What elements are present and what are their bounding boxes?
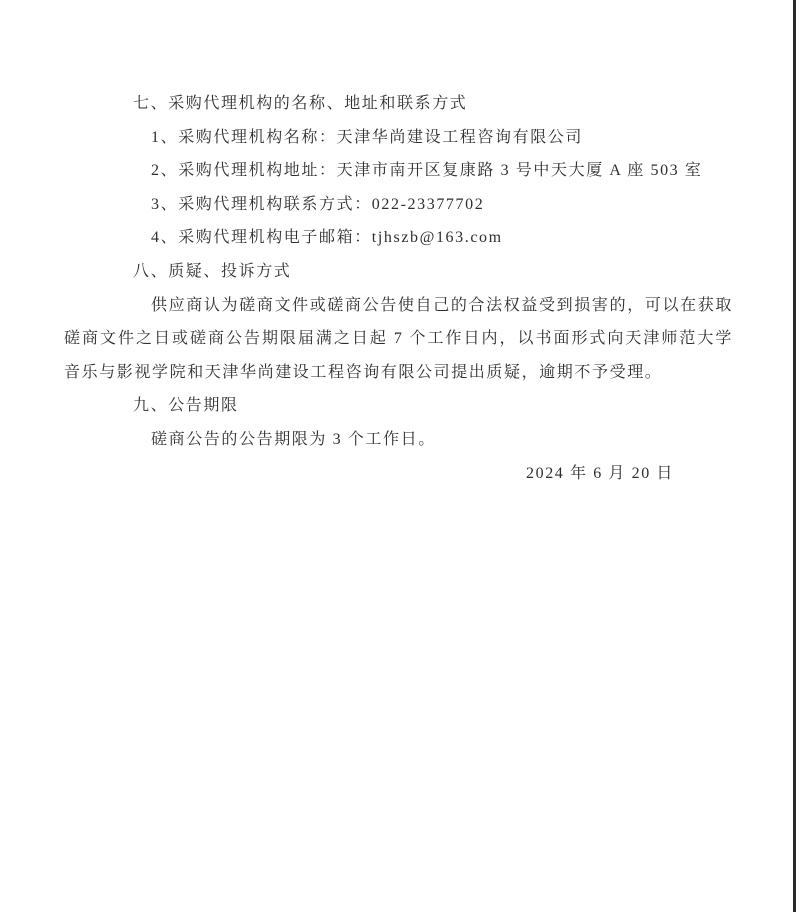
document-page: 七、采购代理机构的名称、地址和联系方式 1、采购代理机构名称：天津华尚建设工程咨… xyxy=(0,0,796,912)
agency-name-item: 1、采购代理机构名称：天津华尚建设工程咨询有限公司 xyxy=(64,121,733,155)
section-9-heading: 九、公告期限 xyxy=(64,389,733,423)
complaint-procedure-paragraph: 供应商认为磋商文件或磋商公告使自己的合法权益受到损害的，可以在获取磋商文件之日或… xyxy=(64,289,733,390)
document-content: 七、采购代理机构的名称、地址和联系方式 1、采购代理机构名称：天津华尚建设工程咨… xyxy=(64,87,733,490)
agency-address-item: 2、采购代理机构地址：天津市南开区复康路 3 号中天大厦 A 座 503 室 xyxy=(64,154,733,188)
announcement-period-text: 磋商公告的公告期限为 3 个工作日。 xyxy=(64,423,733,457)
section-7-heading: 七、采购代理机构的名称、地址和联系方式 xyxy=(64,87,733,121)
agency-phone-item: 3、采购代理机构联系方式：022-23377702 xyxy=(64,188,733,222)
section-8-heading: 八、质疑、投诉方式 xyxy=(64,255,733,289)
document-date: 2024 年 6 月 20 日 xyxy=(64,457,733,491)
agency-email-item: 4、采购代理机构电子邮箱：tjhszb@163.com xyxy=(64,221,733,255)
